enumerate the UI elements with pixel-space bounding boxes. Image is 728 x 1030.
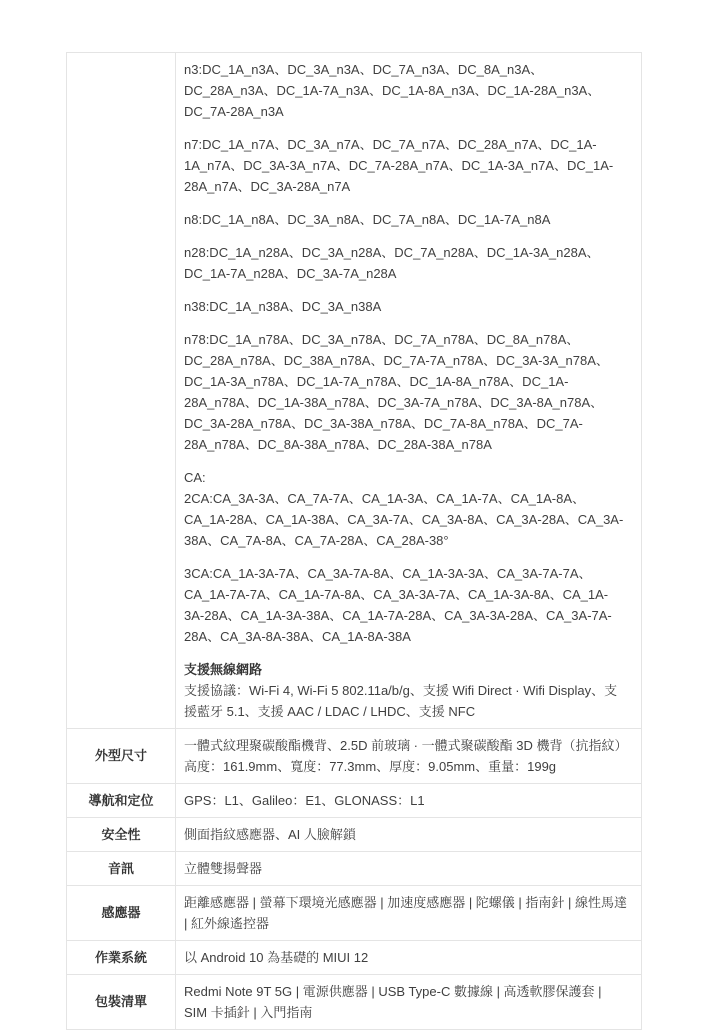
package-contents-list: Redmi Note 9T 5G | 電源供應器 | USB Type-C 數據… bbox=[184, 981, 627, 1023]
band-list-n7: n7:DC_1A_n7A、DC_3A_n7A、DC_7A_n7A、DC_28A_… bbox=[184, 134, 627, 197]
spec-value-audio: 立體雙揚聲器 bbox=[176, 852, 641, 885]
spec-row-sensors: 感應器 距離感應器 | 螢幕下環境光感應器 | 加速度感應器 | 陀螺儀 | 指… bbox=[67, 885, 641, 940]
band-list-n3: n3:DC_1A_n3A、DC_3A_n3A、DC_7A_n3A、DC_8A_n… bbox=[184, 59, 627, 122]
band-list-n78: n78:DC_1A_n78A、DC_3A_n78A、DC_7A_n78A、DC_… bbox=[184, 329, 627, 455]
security-features: 側面指紋感應器、AI 人臉解鎖 bbox=[184, 824, 627, 845]
spec-label-navigation: 導航和定位 bbox=[67, 784, 176, 817]
spec-row-os: 作業系統 以 Android 10 為基礎的 MIUI 12 bbox=[67, 940, 641, 974]
navigation-systems: GPS：L1、Galileo：E1、GLONASS：L1 bbox=[184, 790, 627, 811]
sensor-list: 距離感應器 | 螢幕下環境光感應器 | 加速度感應器 | 陀螺儀 | 指南針 |… bbox=[184, 892, 627, 934]
spec-label-os: 作業系統 bbox=[67, 941, 176, 974]
spec-value-network-bands: n3:DC_1A_n3A、DC_3A_n3A、DC_7A_n3A、DC_8A_n… bbox=[176, 53, 641, 728]
dimensions-materials: 一體式紋理聚碳酸酯機背、2.5D 前玻璃 · 一體式聚碳酸酯 3D 機背（抗指紋… bbox=[184, 735, 627, 756]
wireless-network-heading: 支援無線網路 bbox=[184, 659, 627, 680]
spec-label-dimensions: 外型尺寸 bbox=[67, 729, 176, 783]
audio-features: 立體雙揚聲器 bbox=[184, 858, 627, 879]
spec-label-network-bands bbox=[67, 53, 176, 728]
spec-row-security: 安全性 側面指紋感應器、AI 人臉解鎖 bbox=[67, 817, 641, 851]
dimensions-measurements: 高度：161.9mm、寬度：77.3mm、厚度：9.05mm、重量：199g bbox=[184, 756, 627, 777]
spec-label-security: 安全性 bbox=[67, 818, 176, 851]
spec-label-audio: 音訊 bbox=[67, 852, 176, 885]
spec-value-os: 以 Android 10 為基礎的 MIUI 12 bbox=[176, 941, 641, 974]
spec-value-security: 側面指紋感應器、AI 人臉解鎖 bbox=[176, 818, 641, 851]
spec-label-package-contents: 包裝清單 bbox=[67, 975, 176, 1029]
spec-row-network-bands: n3:DC_1A_n3A、DC_3A_n3A、DC_7A_n3A、DC_8A_n… bbox=[67, 53, 641, 728]
band-list-n28: n28:DC_1A_n28A、DC_3A_n28A、DC_7A_n28A、DC_… bbox=[184, 242, 627, 284]
os-version: 以 Android 10 為基礎的 MIUI 12 bbox=[184, 947, 627, 968]
spec-table: n3:DC_1A_n3A、DC_3A_n3A、DC_7A_n3A、DC_8A_n… bbox=[66, 52, 642, 1030]
spec-value-sensors: 距離感應器 | 螢幕下環境光感應器 | 加速度感應器 | 陀螺儀 | 指南針 |… bbox=[176, 886, 641, 940]
spec-label-sensors: 感應器 bbox=[67, 886, 176, 940]
spec-row-audio: 音訊 立體雙揚聲器 bbox=[67, 851, 641, 885]
spec-row-navigation: 導航和定位 GPS：L1、Galileo：E1、GLONASS：L1 bbox=[67, 783, 641, 817]
ca-2ca-list: 2CA:CA_3A-3A、CA_7A-7A、CA_1A-3A、CA_1A-7A、… bbox=[184, 488, 627, 551]
spec-value-navigation: GPS：L1、Galileo：E1、GLONASS：L1 bbox=[176, 784, 641, 817]
spec-row-package-contents: 包裝清單 Redmi Note 9T 5G | 電源供應器 | USB Type… bbox=[67, 974, 641, 1029]
ca-heading: CA: bbox=[184, 467, 627, 488]
ca-3ca-list: 3CA:CA_1A-3A-7A、CA_3A-7A-8A、CA_1A-3A-3A、… bbox=[184, 563, 627, 647]
band-list-n38: n38:DC_1A_n38A、DC_3A_n38A bbox=[184, 296, 627, 317]
band-list-n8: n8:DC_1A_n8A、DC_3A_n8A、DC_7A_n8A、DC_1A-7… bbox=[184, 209, 627, 230]
spec-value-dimensions: 一體式紋理聚碳酸酯機背、2.5D 前玻璃 · 一體式聚碳酸酯 3D 機背（抗指紋… bbox=[176, 729, 641, 783]
spec-row-dimensions: 外型尺寸 一體式紋理聚碳酸酯機背、2.5D 前玻璃 · 一體式聚碳酸酯 3D 機… bbox=[67, 728, 641, 783]
wireless-protocols: 支援協議：Wi-Fi 4, Wi-Fi 5 802.11a/b/g、支援 Wif… bbox=[184, 680, 627, 722]
spec-value-package-contents: Redmi Note 9T 5G | 電源供應器 | USB Type-C 數據… bbox=[176, 975, 641, 1029]
